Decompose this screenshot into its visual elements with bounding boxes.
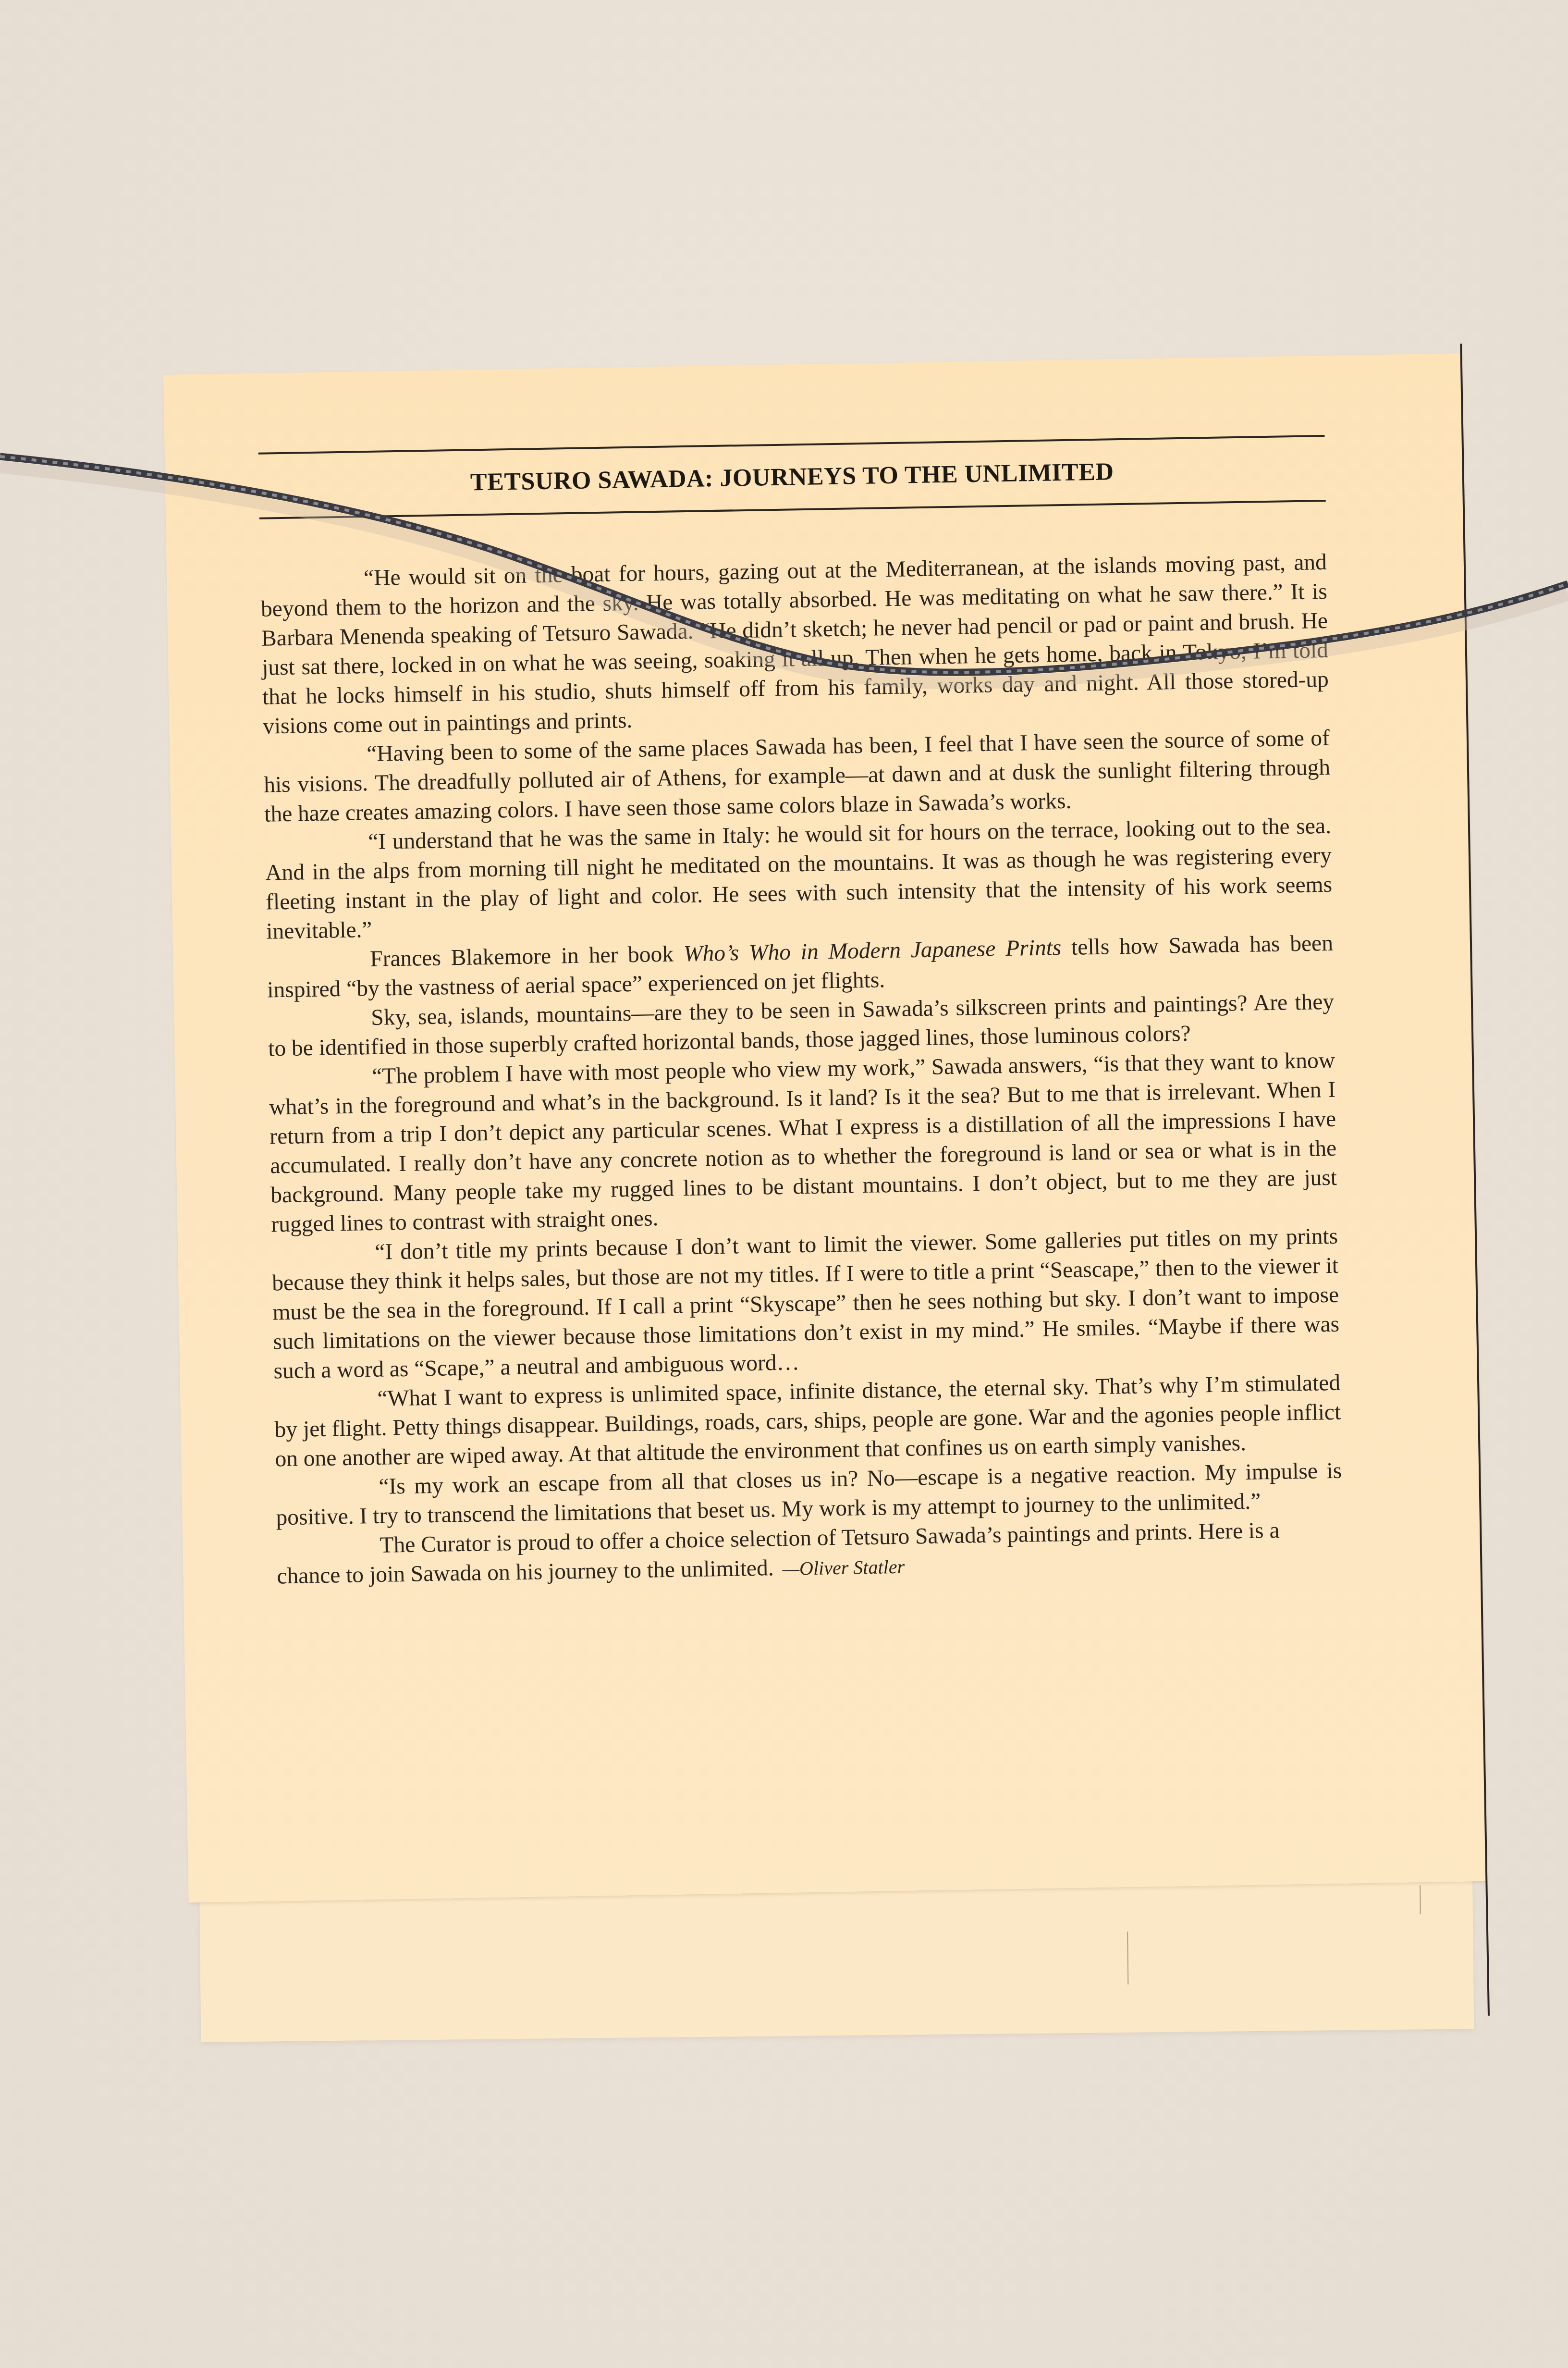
document-page: TETSURO SAWADA: JOURNEYS TO THE UNLIMITE… [163, 353, 1485, 1902]
header-rule-bottom [259, 500, 1326, 519]
paragraph: “What I want to express is unlimited spa… [274, 1369, 1342, 1474]
paragraph: “He would sit on the boat for hours, gaz… [260, 548, 1330, 741]
paper-mark [1420, 1885, 1421, 1914]
paragraph: “Having been to some of the same places … [263, 724, 1331, 829]
paragraph: “I don’t title my prints because I don’t… [271, 1222, 1340, 1386]
paragraph: “I understand that he was the same in It… [265, 812, 1333, 947]
article-body: “He would sit on the boat for hours, gaz… [260, 548, 1344, 1592]
paragraph: “The problem I have with most people who… [269, 1046, 1338, 1240]
paper-mark [1127, 1932, 1128, 1985]
paragraph-text: Frances Blakemore in her book [370, 941, 684, 972]
page-title: TETSURO SAWADA: JOURNEYS TO THE UNLIMITE… [258, 454, 1325, 500]
book-title: Who’s Who in Modern Japanese Prints [683, 935, 1061, 966]
header-rule-top [258, 435, 1325, 455]
author-signature: —Oliver Statler [782, 1556, 905, 1579]
